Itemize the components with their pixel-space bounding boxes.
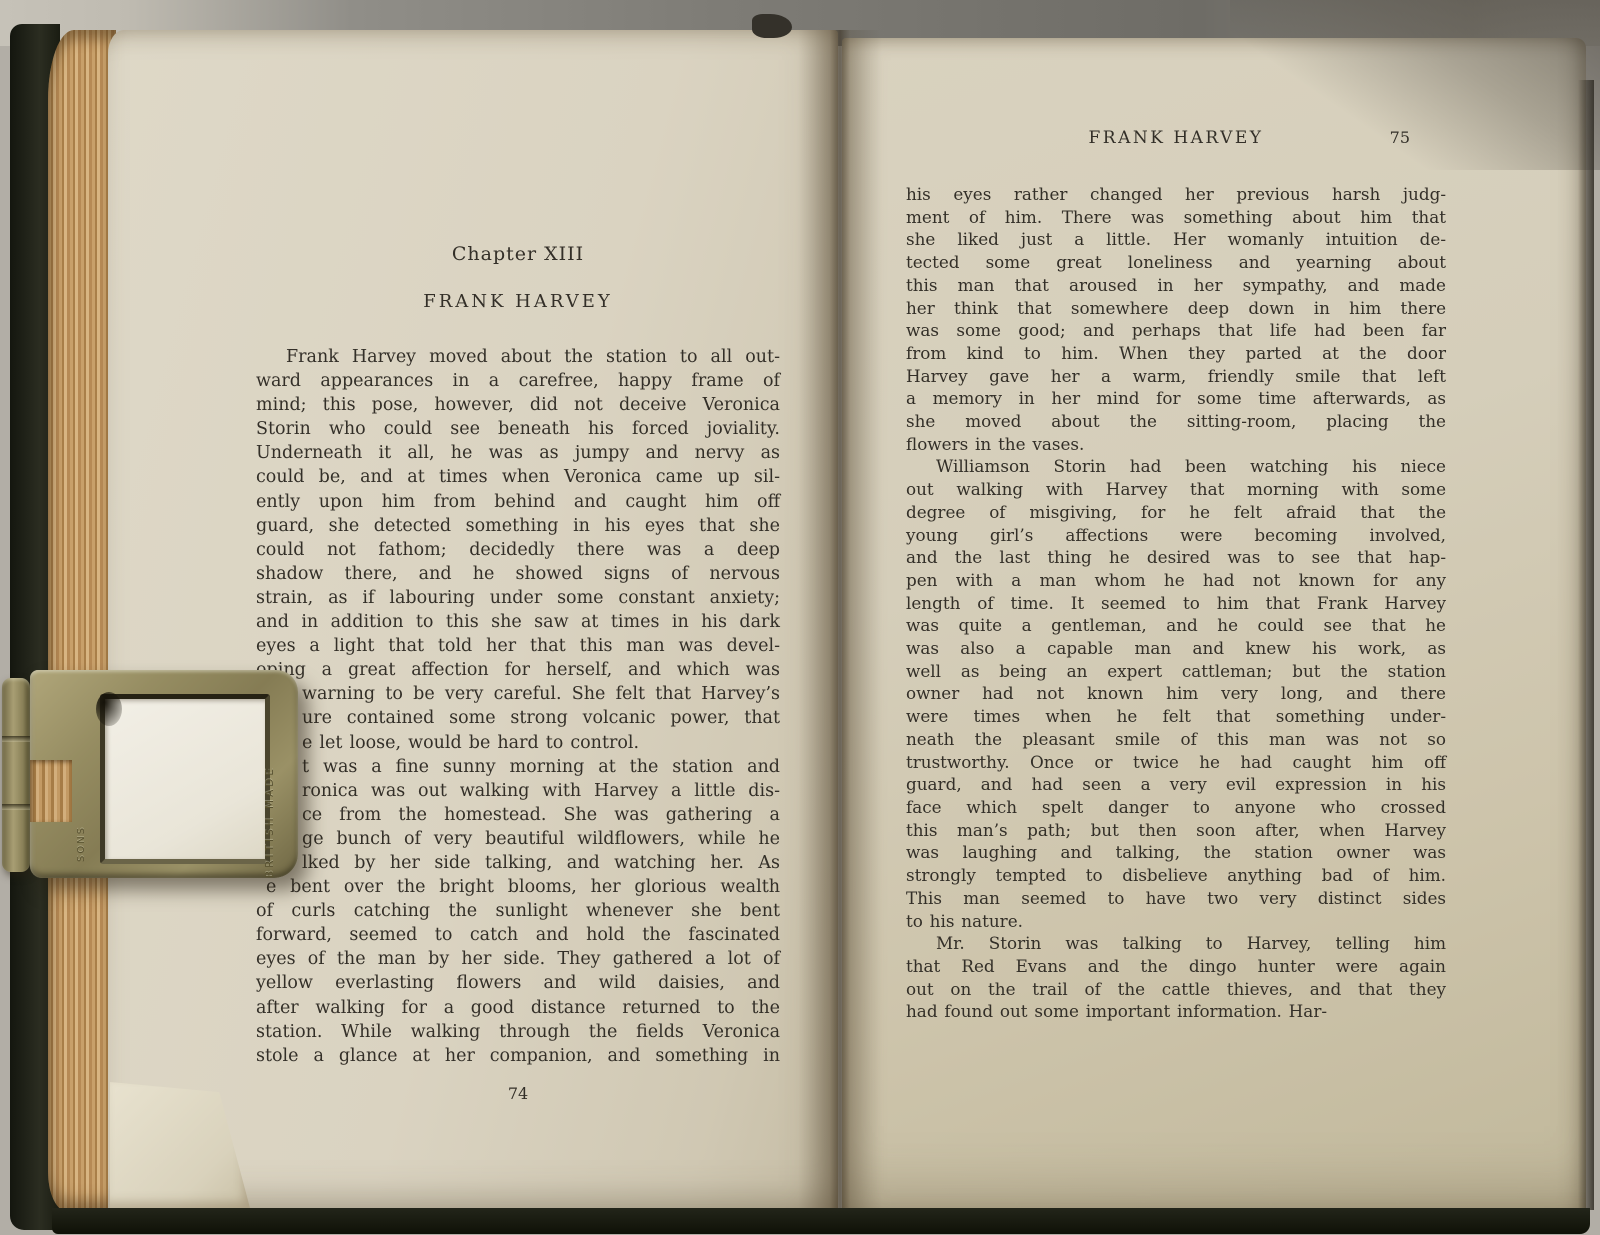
hinge-knuckle bbox=[2, 804, 30, 810]
text-line: could not fathom; decidedly there was a … bbox=[256, 538, 780, 562]
text-line: lked by her side talking, and watching h… bbox=[256, 851, 780, 875]
text-line: was also a capable man and knew his work… bbox=[906, 637, 1446, 660]
clasp-window bbox=[100, 694, 270, 864]
text-line: yellow everlasting flowers and wild dais… bbox=[256, 971, 780, 995]
text-line: Mr. Storin was talking to Harvey, tellin… bbox=[906, 932, 1446, 955]
text-line: was some good; and perhaps that life had… bbox=[906, 319, 1446, 342]
text-line: forward, seemed to catch and hold the fa… bbox=[256, 923, 780, 947]
text-line: This man seemed to have two very distinc… bbox=[906, 887, 1446, 910]
right-page-header: FRANK HARVEY 75 bbox=[906, 128, 1446, 148]
text-line: flowers in the vases. bbox=[906, 433, 1446, 456]
text-line: ronica was out walking with Harvey a lit… bbox=[256, 779, 780, 803]
text-line: owner had not known him very long, and t… bbox=[906, 682, 1446, 705]
text-line: ure contained some strong volcanic power… bbox=[256, 706, 780, 730]
text-line: face which spelt danger to anyone who cr… bbox=[906, 796, 1446, 819]
left-page-number: 74 bbox=[256, 1084, 780, 1103]
text-line: strongly tempted to disbelieve anything … bbox=[906, 864, 1446, 887]
text-line: she liked just a little. Her womanly int… bbox=[906, 228, 1446, 251]
text-line: ce from the homestead. She was gathering… bbox=[256, 803, 780, 827]
text-line: her think that somewhere deep down in hi… bbox=[906, 297, 1446, 320]
clasp-stamp-sons: SONS bbox=[76, 752, 87, 862]
clasp-corner-shadow bbox=[96, 692, 122, 726]
text-line: Harvey gave her a warm, friendly smile t… bbox=[906, 365, 1446, 388]
text-line: t was a fine sunny morning at the statio… bbox=[256, 755, 780, 779]
chapter-title: FRANK HARVEY bbox=[256, 291, 780, 312]
clasp-hinge-barrel bbox=[2, 678, 30, 872]
text-line: she moved about the sitting-room, placin… bbox=[906, 410, 1446, 433]
text-line: trustworthy. Once or twice he had caught… bbox=[906, 751, 1446, 774]
text-line: could be, and at times when Veronica cam… bbox=[256, 465, 780, 489]
text-line: of curls catching the sunlight whenever … bbox=[256, 899, 780, 923]
text-line: warning to be very careful. She felt tha… bbox=[256, 682, 780, 706]
text-line: ently upon him from behind and caught hi… bbox=[256, 490, 780, 514]
chapter-heading: Chapter XIII bbox=[256, 243, 780, 265]
book-cover-bottom-edge bbox=[52, 1208, 1590, 1234]
text-line: out walking with Harvey that morning wit… bbox=[906, 478, 1446, 501]
text-line: ment of him. There was something about h… bbox=[906, 206, 1446, 229]
page-edge-stack bbox=[48, 30, 116, 1212]
text-line: was laughing and talking, the station ow… bbox=[906, 841, 1446, 864]
gutter-dark-mark bbox=[752, 14, 792, 38]
text-line: were times when he felt that something u… bbox=[906, 705, 1446, 728]
text-line: guard, she detected something in his eye… bbox=[256, 514, 780, 538]
right-page-text: his eyes rather changed her previous har… bbox=[906, 183, 1446, 1023]
text-line: ge bunch of very beautiful wildflowers, … bbox=[256, 827, 780, 851]
text-line: young girl’s affections were becoming in… bbox=[906, 524, 1446, 547]
text-line: Williamson Storin had been watching his … bbox=[906, 455, 1446, 478]
left-page-text: Frank Harvey moved about the station to … bbox=[256, 345, 780, 1068]
text-line: from kind to him. When they parted at th… bbox=[906, 342, 1446, 365]
right-page-block-edge bbox=[1578, 80, 1594, 1210]
text-line: tected some great loneliness and yearnin… bbox=[906, 251, 1446, 274]
text-line: length of time. It seemed to him that Fr… bbox=[906, 592, 1446, 615]
text-line: well as being an expert cattleman; but t… bbox=[906, 660, 1446, 683]
hinge-knuckle bbox=[2, 736, 30, 742]
text-line: had found out some important information… bbox=[906, 1000, 1446, 1023]
text-line: e bent over the bright blooms, her glori… bbox=[256, 875, 780, 899]
text-line: ward appearances in a carefree, happy fr… bbox=[256, 369, 780, 393]
text-line: eyes a light that told her that this man… bbox=[256, 634, 780, 658]
text-line: mind; this pose, however, did not deceiv… bbox=[256, 393, 780, 417]
text-line: this man’s path; but then soon after, wh… bbox=[906, 819, 1446, 842]
text-line: to his nature. bbox=[906, 910, 1446, 933]
text-line: pen with a man whom he had not known for… bbox=[906, 569, 1446, 592]
text-line: e let loose, would be hard to control. bbox=[256, 731, 780, 755]
text-line: that Red Evans and the dingo hunter were… bbox=[906, 955, 1446, 978]
text-line: degree of misgiving, for he felt afraid … bbox=[906, 501, 1446, 524]
text-line: oping a great affection for herself, and… bbox=[256, 658, 780, 682]
text-line: after walking for a good distance return… bbox=[256, 996, 780, 1020]
text-line: Storin who could see beneath his forced … bbox=[256, 417, 780, 441]
text-line: eyes of the man by her side. They gather… bbox=[256, 947, 780, 971]
right-page-number: 75 bbox=[1390, 128, 1410, 147]
text-line: this man that aroused in her sympathy, a… bbox=[906, 274, 1446, 297]
text-line: shadow there, and he showed signs of ner… bbox=[256, 562, 780, 586]
clasp-cutout bbox=[30, 760, 72, 822]
text-line: guard, and had seen a very evil expressi… bbox=[906, 773, 1446, 796]
text-line: and the last thing he desired was to see… bbox=[906, 546, 1446, 569]
text-line: strain, as if labouring under some const… bbox=[256, 586, 780, 610]
text-line: out on the trail of the cattle thieves, … bbox=[906, 978, 1446, 1001]
text-line: neath the pleasant smile of this man was… bbox=[906, 728, 1446, 751]
text-line: his eyes rather changed her previous har… bbox=[906, 183, 1446, 206]
text-line: Frank Harvey moved about the station to … bbox=[256, 345, 780, 369]
text-line: stole a glance at her companion, and som… bbox=[256, 1044, 780, 1068]
text-line: and in addition to this she saw at times… bbox=[256, 610, 780, 634]
text-line: Underneath it all, he was as jumpy and n… bbox=[256, 441, 780, 465]
text-line: station. While walking through the field… bbox=[256, 1020, 780, 1044]
running-header: FRANK HARVEY bbox=[906, 128, 1446, 148]
clasp-stamp-british-made: BRITISH MADE bbox=[264, 730, 276, 878]
text-line: was quite a gentleman, and he could see … bbox=[906, 614, 1446, 637]
book-photo: Chapter XIII FRANK HARVEY Frank Harvey m… bbox=[0, 0, 1600, 1235]
text-line: a memory in her mind for some time after… bbox=[906, 387, 1446, 410]
